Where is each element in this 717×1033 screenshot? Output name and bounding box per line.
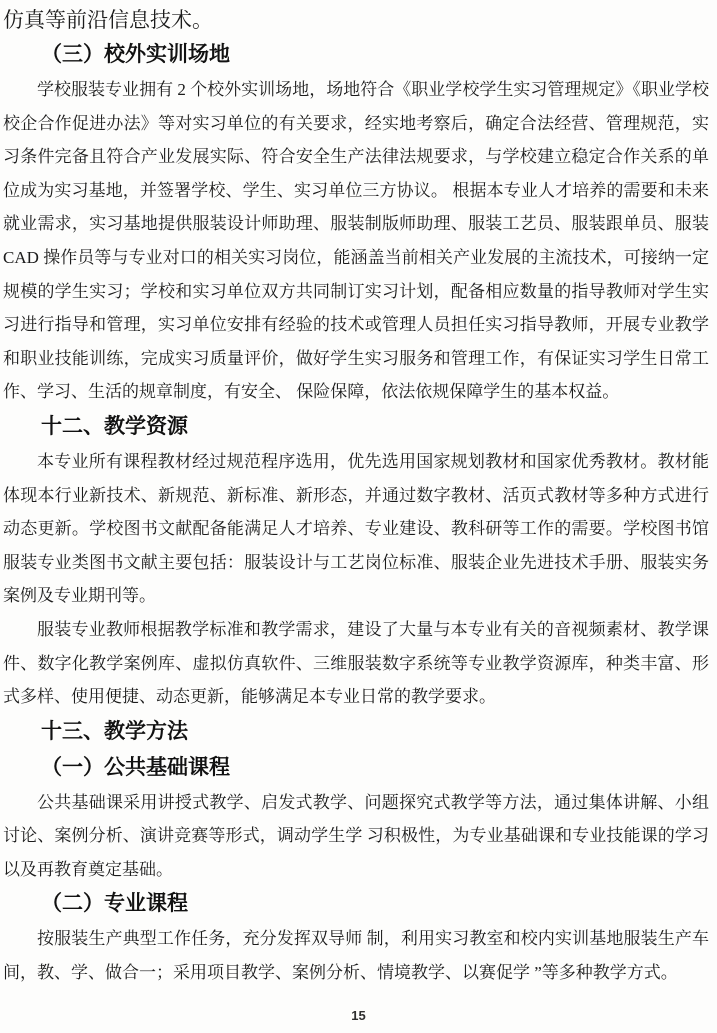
paragraph-public-basic-courses: 公共基础课采用讲授式教学、启发式教学、问题探究式教学等方法，通过集体讲解、小组讨… <box>3 786 709 887</box>
paragraph-offcampus-training: 学校服装专业拥有 2 个校外实训场地，场地符合《职业学校学生实习管理规定》《职业… <box>3 73 709 409</box>
paragraph-professional-courses: 按服装生产典型工作任务，充分发挥双导师 制，利用实习教室和校内实训基地服装生产车… <box>3 922 709 989</box>
heading-professional-courses: （二）专业课程 <box>3 886 709 922</box>
heading-offcampus-training-sites: （三）校外实训场地 <box>3 37 709 73</box>
leading-paragraph: 仿真等前沿信息技术。 <box>3 3 709 37</box>
paragraph-teaching-resource-library: 服装专业教师根据教学标准和教学需求，建设了大量与本专业有关的音视频素材、教学课件… <box>3 613 709 714</box>
heading-teaching-methods: 十三、教学方法 <box>3 714 709 750</box>
paragraph-teaching-materials: 本专业所有课程教材经过规范程序选用，优先选用国家规划教材和国家优秀教材。教材能体… <box>3 445 709 613</box>
heading-public-basic-courses: （一）公共基础课程 <box>3 750 709 786</box>
heading-teaching-resources: 十二、教学资源 <box>3 409 709 445</box>
document-page: 仿真等前沿信息技术。 （三）校外实训场地 学校服装专业拥有 2 个校外实训场地，… <box>0 0 717 1033</box>
text-column: 仿真等前沿信息技术。 （三）校外实训场地 学校服装专业拥有 2 个校外实训场地，… <box>0 0 717 990</box>
page-number: 15 <box>0 1008 717 1023</box>
